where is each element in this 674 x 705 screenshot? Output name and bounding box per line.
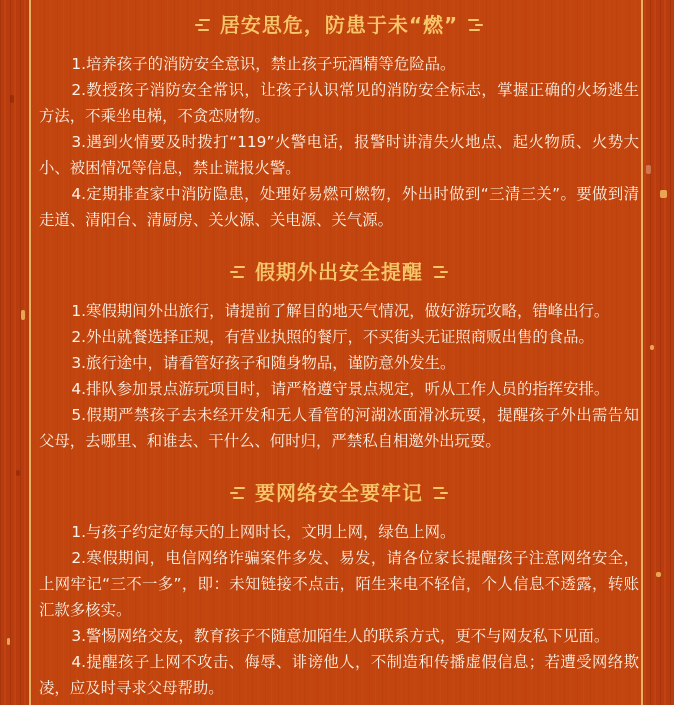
section-title-fire-safety: 居安思危，防患于未“燃” [39,10,639,40]
tip-item: 4.排队参加景点游玩项目时，请严格遵守景点规定，听从工作人员的指挥安排。 [39,376,639,402]
section-fire-safety: 居安思危，防患于未“燃” 1.培养孩子的消防安全意识，禁止孩子玩酒精等危险品。 … [39,10,639,233]
tip-item: 2.外出就餐选择正规，有营业执照的餐厅，不买街头无证照商贩出售的食品。 [39,324,639,350]
tip-item: 5.假期严禁孩子去未经开发和无人看管的河湖冰面滑冰玩耍，提醒孩子外出需告知父母，… [39,402,639,454]
article-content: 居安思危，防患于未“燃” 1.培养孩子的消防安全意识，禁止孩子玩酒精等危险品。 … [31,0,641,705]
margin-speckle [656,572,661,577]
tip-item: 1.寒假期间外出旅行，请提前了解目的地天气情况，做好游玩攻略，错峰出行。 [39,298,639,324]
tip-item: 2.寒假期间，电信网络诈骗案件多发、易发，请各位家长提醒孩子注意网络安全，上网牢… [39,545,639,623]
section-holiday-outing: 假期外出安全提醒 1.寒假期间外出旅行，请提前了解目的地天气情况，做好游玩攻略，… [39,257,639,454]
margin-speckle [21,310,25,320]
title-deco-left-icon [195,19,210,32]
tip-item: 3.遇到火情要及时拨打“119”火警电话，报警时讲清失火地点、起火物质、火势大小… [39,129,639,181]
title-deco-right-icon [468,19,483,32]
section-title-text: 要网络安全要牢记 [255,478,423,508]
tip-item: 4.提醒孩子上网不攻击、侮辱、诽谤他人，不制造和传播虚假信息；若遭受网络欺凌，应… [39,649,639,701]
section-network-safety: 要网络安全要牢记 1.与孩子约定好每天的上网时长，文明上网，绿色上网。 2.寒假… [39,478,639,701]
margin-speckle [16,470,20,476]
margin-speckle [660,190,667,198]
gold-border-right [641,0,643,705]
tip-item: 2.教授孩子消防安全常识，让孩子认识常见的消防安全标志，掌握正确的火场逃生方法，… [39,77,639,129]
tip-item: 1.与孩子约定好每天的上网时长，文明上网，绿色上网。 [39,519,639,545]
section-title-network-safety: 要网络安全要牢记 [39,478,639,508]
title-deco-left-icon [230,487,245,500]
tip-item: 3.旅行途中，请看管好孩子和随身物品，谨防意外发生。 [39,350,639,376]
margin-speckle [7,638,10,645]
margin-speckle [10,95,14,103]
tip-item: 1.培养孩子的消防安全意识，禁止孩子玩酒精等危险品。 [39,51,639,77]
tip-item: 3.警惕网络交友，教育孩子不随意加陌生人的联系方式，更不与网友私下见面。 [39,623,639,649]
margin-speckle [646,165,651,174]
section-title-text: 居安思危，防患于未“燃” [220,10,458,40]
section-title-holiday-outing: 假期外出安全提醒 [39,257,639,287]
tip-item: 4.定期排查家中消防隐患，处理好易燃可燃物，外出时做到“三清三关”。要做到清走道… [39,181,639,233]
margin-speckle [650,345,654,350]
safety-notice-page: 居安思危，防患于未“燃” 1.培养孩子的消防安全意识，禁止孩子玩酒精等危险品。 … [0,0,674,705]
title-deco-right-icon [433,266,448,279]
title-deco-left-icon [230,266,245,279]
title-deco-right-icon [433,487,448,500]
section-title-text: 假期外出安全提醒 [255,257,423,287]
gold-border-left [29,0,31,705]
